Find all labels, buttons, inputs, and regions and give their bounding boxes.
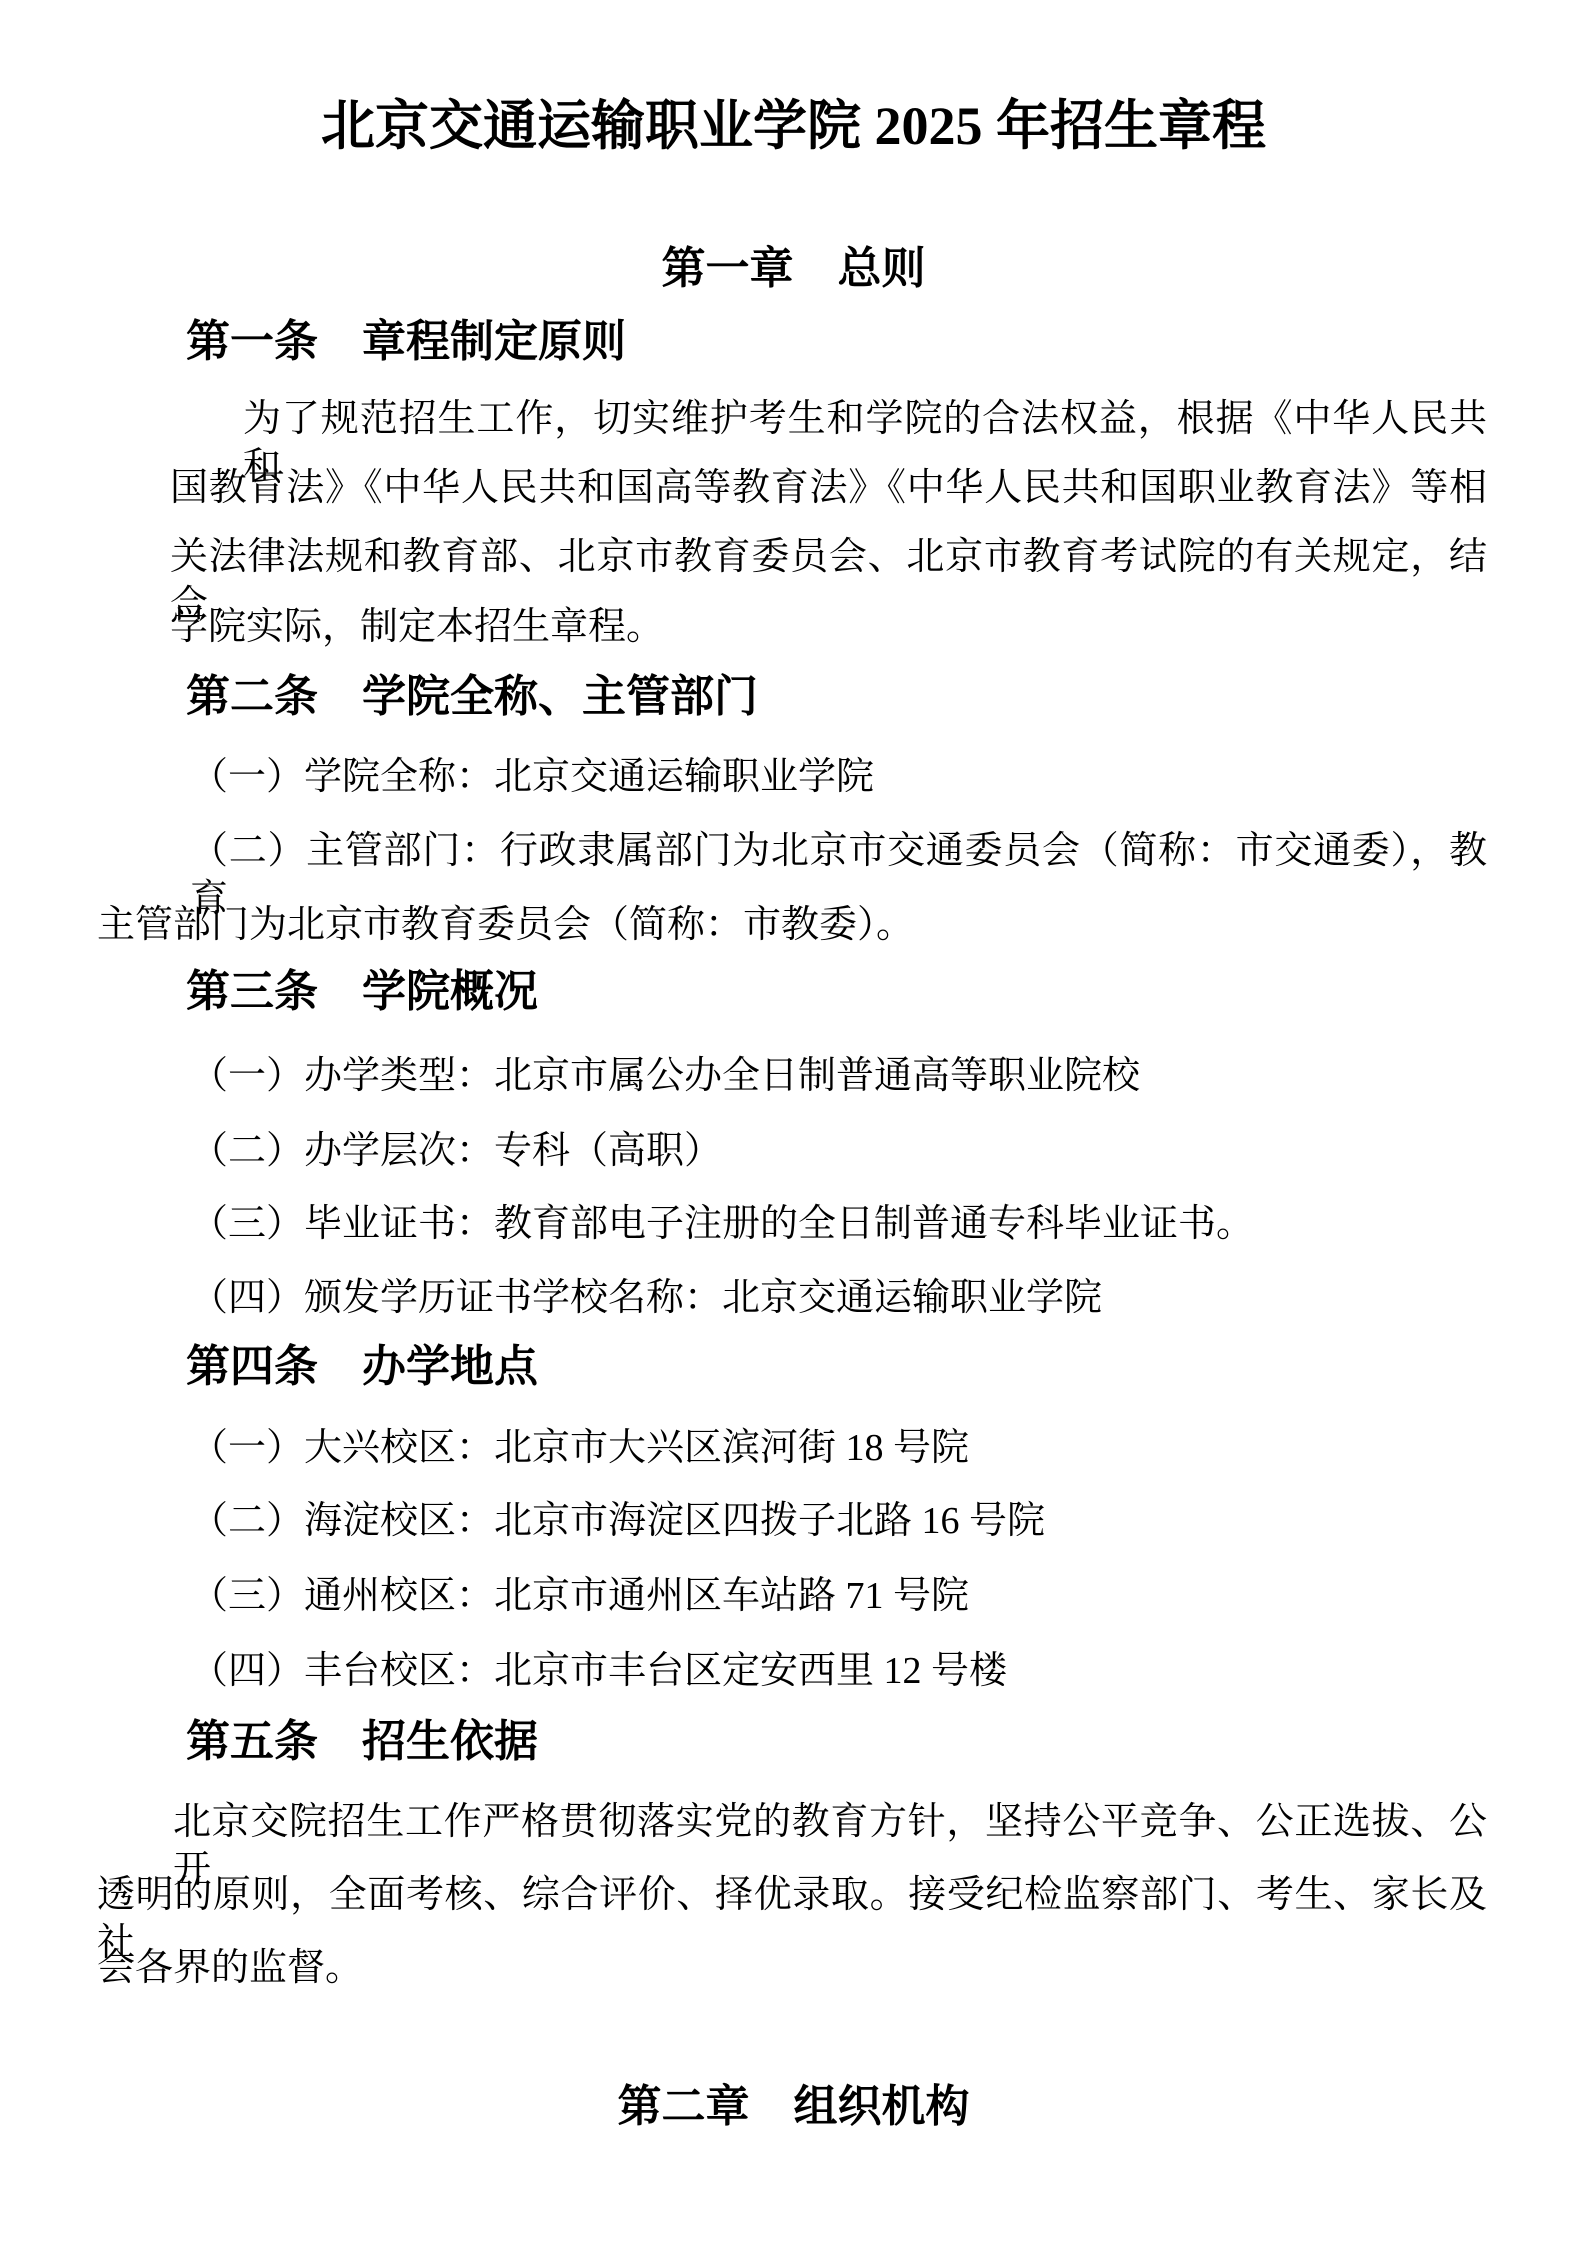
list-item: （二）海淀校区：北京市海淀区四拨子北路 16 号院 [190,1497,1045,1545]
list-item: （三）毕业证书：教育部电子注册的全日制普通专科毕业证书。 [190,1200,1254,1248]
paragraph-line: 国教育法》《中华人民共和国高等教育法》《中华人民共和国职业教育法》等相 [170,464,1487,512]
chapter-1-heading: 第一章 总则 [0,243,1587,295]
document-title: 北京交通运输职业学院 2025 年招生章程 [0,96,1587,156]
list-item: （一）学院全称：北京交通运输职业学院 [190,753,874,801]
paragraph-line: 学院实际，制定本招生章程。 [170,603,664,651]
list-item: （四）丰台校区：北京市丰台区定安西里 12 号楼 [190,1647,1007,1695]
article-2-heading: 第二条 学院全称、主管部门 [186,673,758,721]
article-5-heading: 第五条 招生依据 [186,1718,538,1766]
paragraph-line: 主管部门为北京市教育委员会（简称：市教委）。 [97,901,914,949]
article-3-heading: 第三条 学院概况 [186,968,538,1016]
document-page: 北京交通运输职业学院 2025 年招生章程第一章 总则第一条 章程制定原则为了规… [0,0,1587,2245]
article-1-heading: 第一条 章程制定原则 [186,318,626,366]
list-item: （三）通州校区：北京市通州区车站路 71 号院 [190,1572,969,1620]
list-item: （一）办学类型：北京市属公办全日制普通高等职业院校 [190,1052,1140,1100]
article-4-heading: 第四条 办学地点 [186,1343,538,1391]
list-item: （四）颁发学历证书学校名称：北京交通运输职业学院 [190,1274,1102,1322]
chapter-2-heading: 第二章 组织机构 [0,2081,1587,2133]
list-item: （二）办学层次：专科（高职） [190,1127,722,1175]
paragraph-line: 会各界的监督。 [97,1944,363,1992]
list-item: （一）大兴校区：北京市大兴区滨河街 18 号院 [190,1424,969,1472]
